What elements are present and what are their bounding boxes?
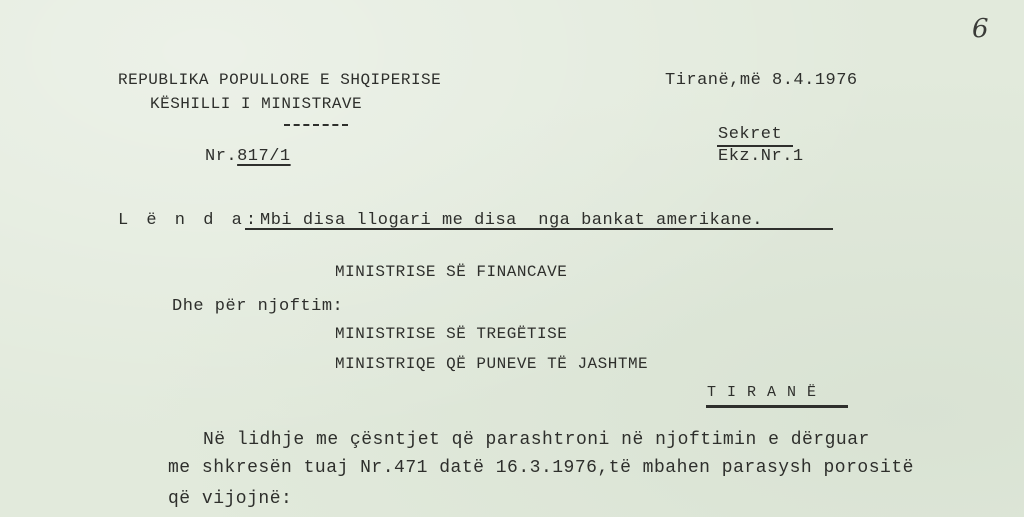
republic-heading: REPUBLIKA POPULLORE E SHQIPERISE bbox=[118, 72, 441, 88]
council-heading: KËSHILLI I MINISTRAVE bbox=[150, 96, 362, 112]
document-number: Nr.817/1 bbox=[205, 148, 291, 165]
subject-label: L ë n d a: bbox=[118, 211, 260, 230]
subject-underline bbox=[245, 228, 833, 230]
document-number-value: 817/1 bbox=[237, 147, 291, 166]
recipient-cc-2: MINISTRIQE QË PUNEVE TË JASHTME bbox=[335, 356, 648, 372]
body-line-2: me shkresën tuaj Nr.471 datë 16.3.1976,t… bbox=[168, 459, 914, 477]
subject-line: L ë n d a:Mbi disa llogari me disa nga b… bbox=[118, 212, 763, 229]
header-divider bbox=[284, 124, 348, 126]
copy-number: Ekz.Nr.1 bbox=[718, 148, 804, 165]
handwritten-page-number: 6 bbox=[972, 14, 989, 44]
body-line-1: Në lidhje me çësntjet që parashtroni në … bbox=[203, 431, 870, 449]
body-line-3: që vijojnë: bbox=[168, 490, 292, 508]
recipient-cc-1: MINISTRISE SË TREGËTISE bbox=[335, 326, 567, 342]
recipient-city: TIRANË bbox=[707, 385, 827, 400]
classification: Sekret bbox=[718, 126, 782, 143]
document-number-label: Nr. bbox=[205, 147, 237, 166]
recipient-primary: MINISTRISE SË FINANCAVE bbox=[335, 264, 567, 280]
city-underline bbox=[706, 405, 848, 408]
place-date: Tiranë,më 8.4.1976 bbox=[665, 72, 858, 89]
cc-label: Dhe për njoftim: bbox=[172, 298, 343, 315]
